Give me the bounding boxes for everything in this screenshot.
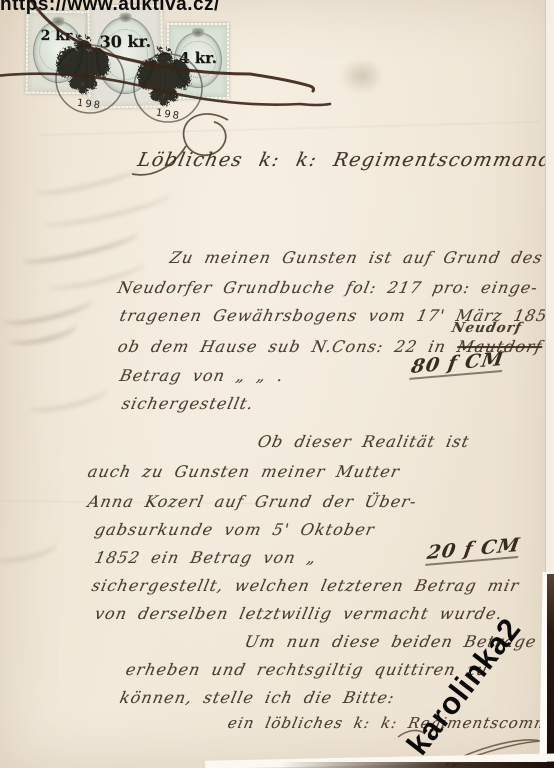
letter-line: Ob dieser Realität ist [256,432,471,451]
letter-line: sichergestellt. [120,394,256,413]
auction-site-watermark: https://www.auktiva.cz/ [0,0,220,16]
letter-line: Zu meinen Gunsten ist auf Grund des im [168,248,554,267]
letter-line: gabsurkunde vom 5' Oktober [93,520,377,539]
letter-line: ein löbliches k: k: Regimentscommando [226,714,554,732]
letter-inserted-word: Neudorf [450,320,523,336]
letter-line: können, stelle ich die Bitte: [118,688,397,707]
letter-line: sichergestellt, welchen letzteren Betrag… [90,576,521,595]
scan-edge-right-dark [547,574,554,768]
letter-line: auch zu Gunsten meiner Mutter [86,462,402,481]
letter-line-text: ob dem Hause sub N.Cons: 22 in [116,337,459,356]
letter-line: von derselben letztwillig vermacht wurde… [93,604,505,623]
letter-salutation: Löbliches k: k: Regimentscommando. [136,149,554,171]
letter-line: Anna Kozerl auf Grund der Über- [86,492,419,511]
postmark-cancel-2: 198 [134,47,202,123]
scan-edge-bottom-dark [280,762,554,768]
letter-line: erheben und rechtsgiltig quittiren zu [124,660,490,679]
postmark-number: 198 [76,98,102,112]
scan-edge-right [545,0,554,575]
letter-line: Betrag von „ „ . [118,366,286,385]
scanned-document: 2 kr. 30 kr. 4 kr. [0,0,554,768]
letter-line: Neudorfer Grundbuche fol: 217 pro: einge… [116,278,540,297]
letter-line: 1852 ein Betrag von „ [93,548,318,567]
